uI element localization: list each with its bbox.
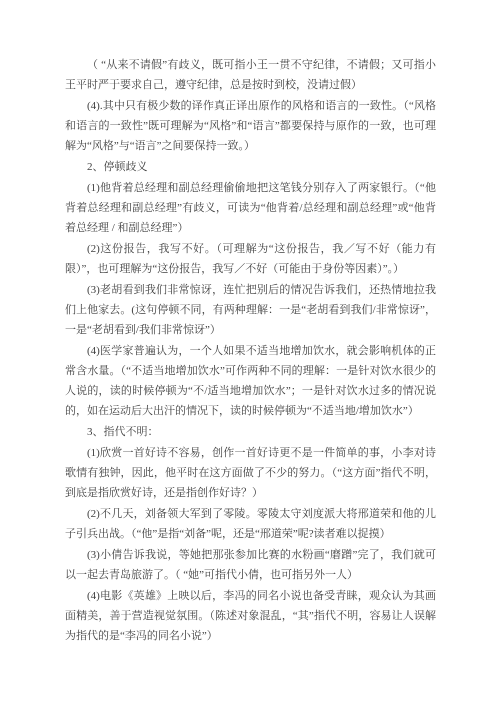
section-heading: 2、停顿歧义 — [65, 157, 436, 177]
document-page: （ “从来不请假”有歧义，既可指小王一贯不守纪律，不请假；又可指小王平时严于要求… — [0, 0, 500, 707]
paragraph: （ “从来不请假”有歧义，既可指小王一贯不守纪律，不请假；又可指小王平时严于要求… — [65, 55, 436, 95]
paragraph: (1)欣赏一首好诗不容易，创作一首好诗更不是一件简单的事，小李对诗歌情有独钟，因… — [65, 443, 436, 503]
paragraph: (2)这份报告，我写不好。（可理解为“这份报告，我／写不好（能力有限）”，也可理… — [65, 239, 436, 279]
paragraph: (1)他背着总经理和副总经理偷偷地把这笔钱分别存入了两家银行。（“他背着总经理和… — [65, 178, 436, 238]
paragraph: (4).其中只有极少数的译作真正译出原作的风格和语言的一致性。（“风格和语言的一… — [65, 96, 436, 156]
paragraph: (4)电影《英雄》上映以后，李冯的同名小说也备受青睐，观众认为其画面精美，善于营… — [65, 586, 436, 646]
paragraph: (2)不几天，刘备领大军到了零陵。零陵太守刘度派大将邢道荣和他的儿子引兵出战。（… — [65, 504, 436, 544]
document-body: （ “从来不请假”有歧义，既可指小王一贯不守纪律，不请假；又可指小王平时严于要求… — [65, 55, 436, 647]
section-heading: 3、指代不明： — [65, 422, 436, 442]
paragraph: (3)老胡看到我们非常惊讶，连忙把别后的情况告诉我们，还热情地拉我们上他家去。(… — [65, 280, 436, 340]
paragraph: (4)医学家普遍认为，一个人如果不适当地增加饮水，就会影响机体的正常含水量。（“… — [65, 341, 436, 421]
paragraph: (3)小倩告诉我说，等她把那张参加比赛的水粉画“磨蹭”完了，我们就可以一起去青岛… — [65, 545, 436, 585]
